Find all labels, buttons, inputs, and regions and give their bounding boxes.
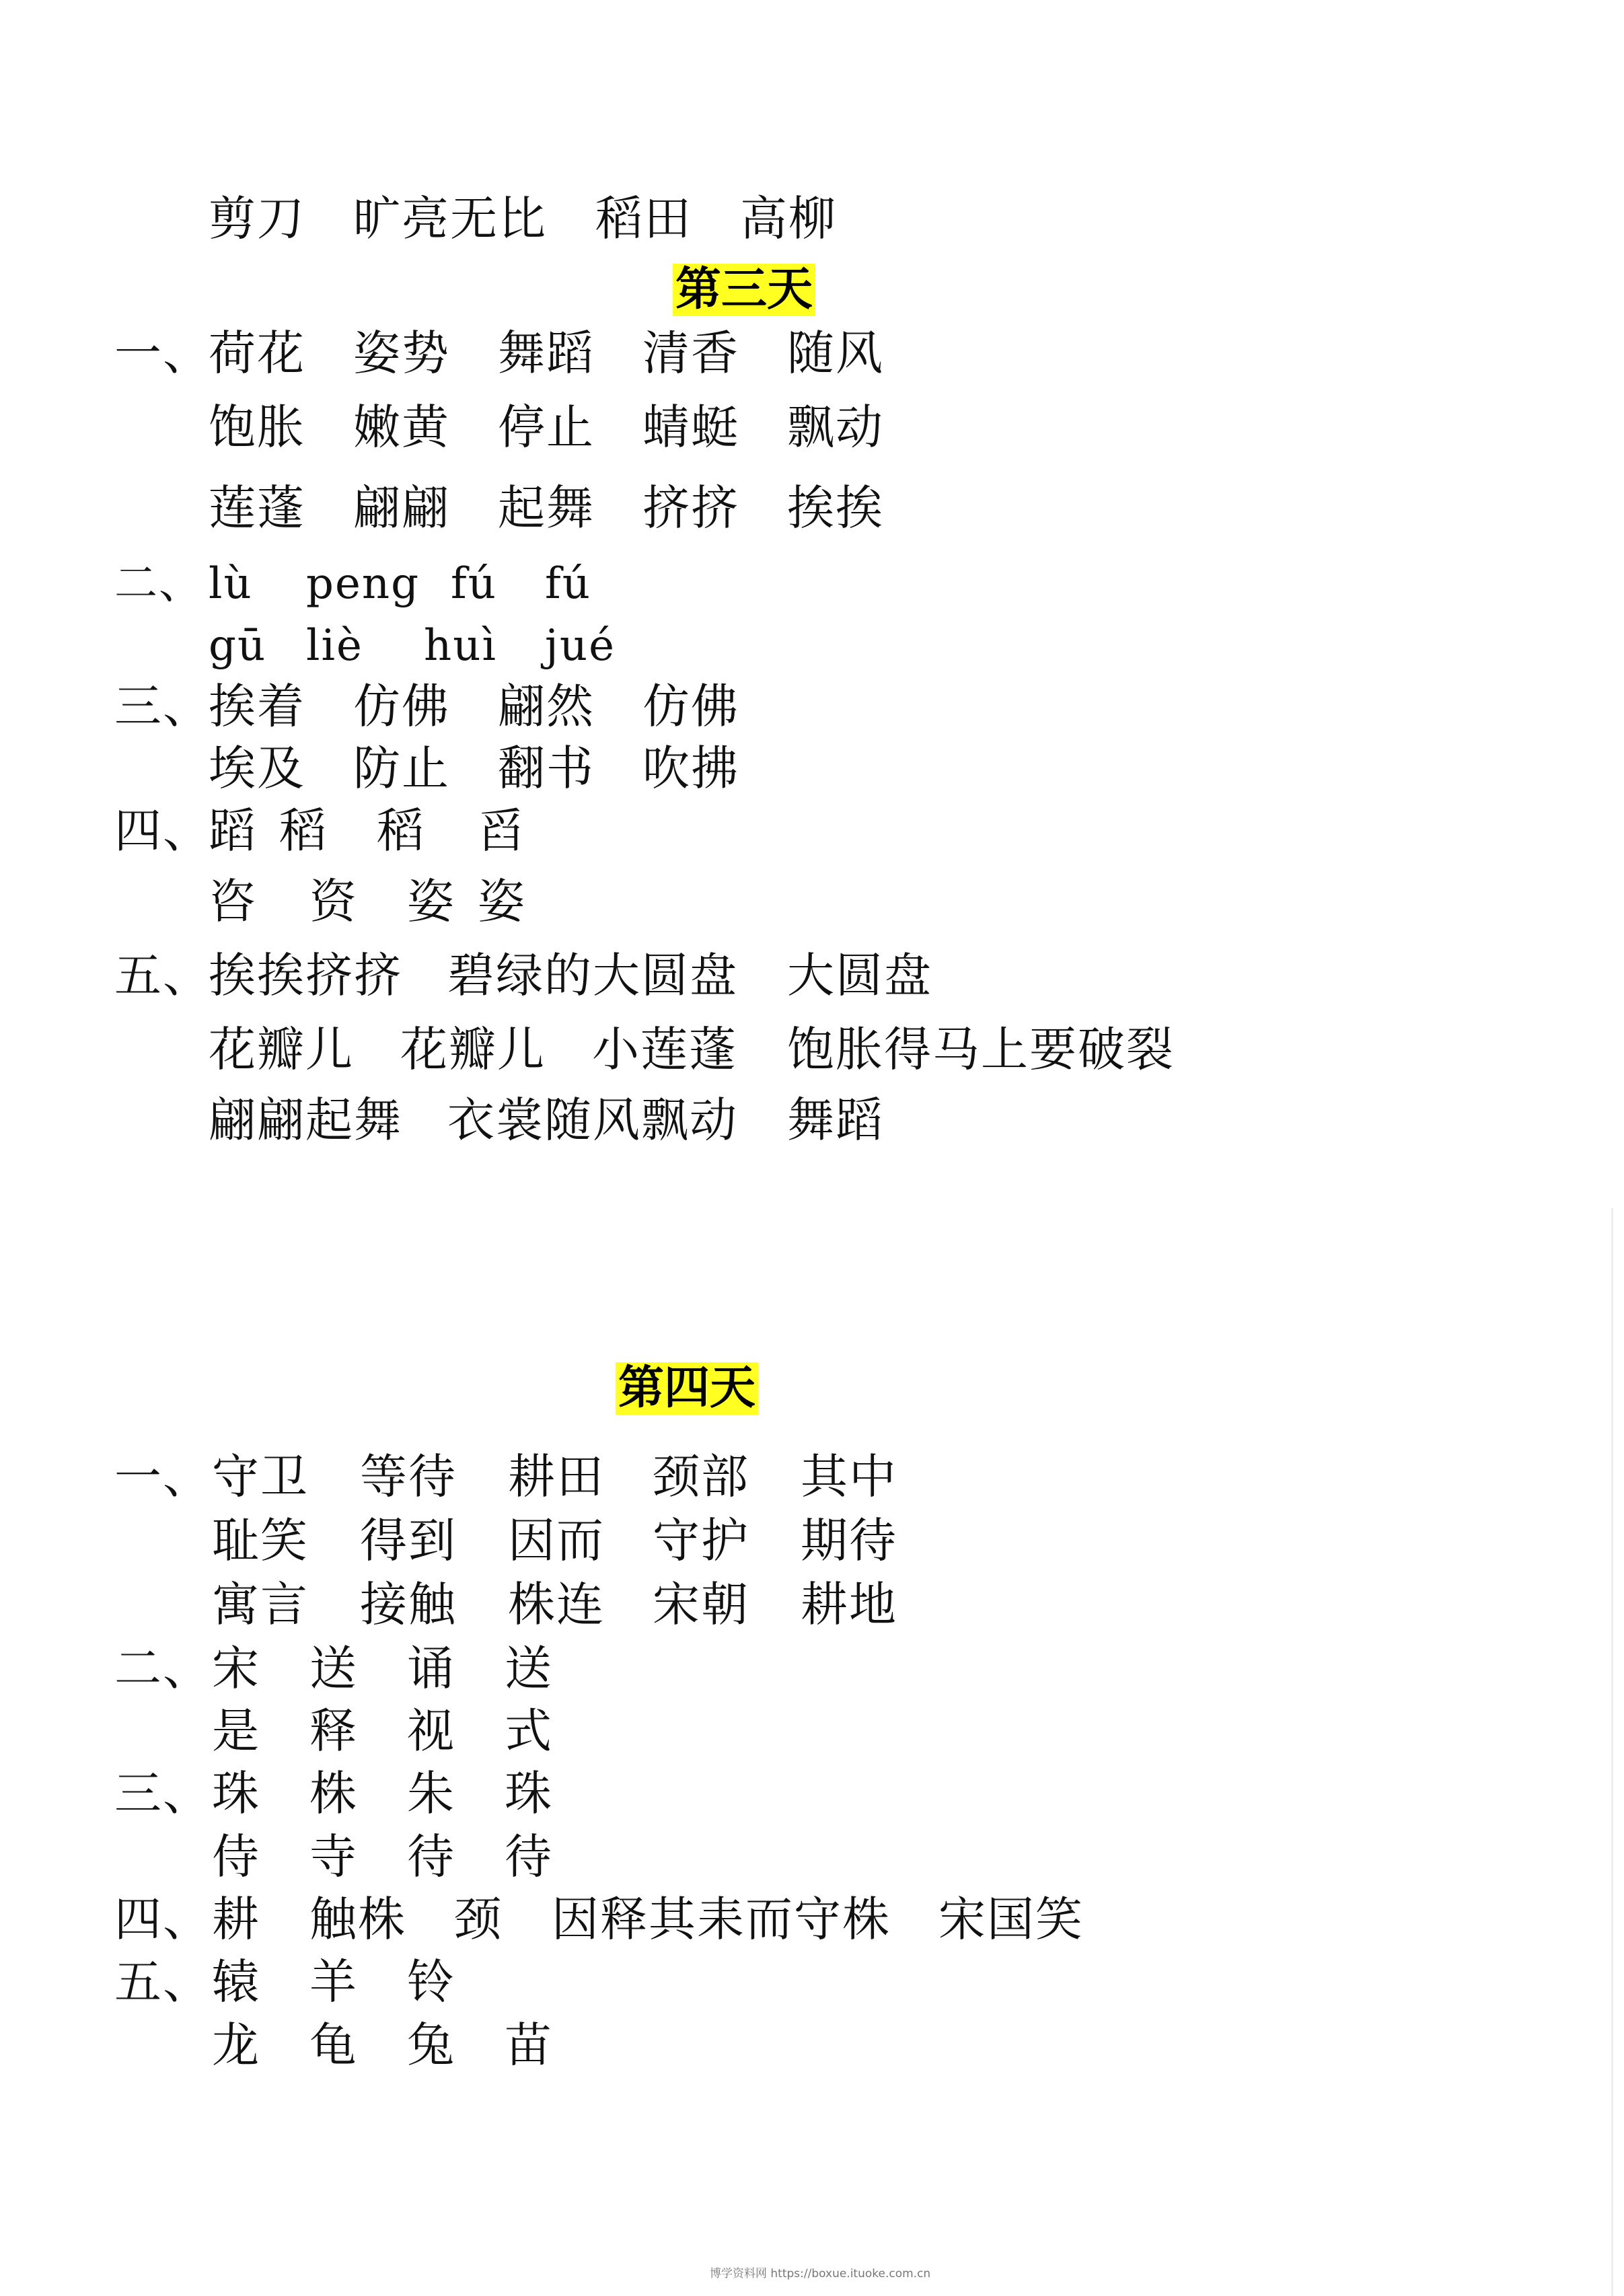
pinyin-word: huì bbox=[424, 619, 497, 673]
char: 株 bbox=[309, 1767, 358, 1820]
phrase: 碧绿的大圆盘 bbox=[447, 949, 738, 1002]
section-number: 五、 bbox=[114, 949, 211, 1002]
section-number: 五、 bbox=[114, 1955, 211, 2009]
word: 期待 bbox=[801, 1514, 897, 1567]
char: 姿 bbox=[478, 875, 526, 928]
word: 旷亮无比 bbox=[353, 192, 547, 246]
section-number: 四、 bbox=[114, 804, 211, 858]
answer: 触株 bbox=[309, 1892, 406, 1946]
word: 仿佛 bbox=[642, 679, 739, 733]
word: 仿佛 bbox=[353, 679, 450, 733]
document-page: 剪刀 旷亮无比 稻田 高柳 第三天 一、 荷花 姿势 舞蹈 清香 随风 饱胀 嫩… bbox=[0, 0, 1624, 2296]
word: 耻笑 bbox=[212, 1514, 309, 1567]
char: 朱 bbox=[407, 1767, 455, 1820]
phrase: 大圆盘 bbox=[787, 949, 932, 1002]
char: 铃 bbox=[407, 1955, 455, 2009]
char: 是 bbox=[212, 1704, 260, 1758]
word: 守卫 bbox=[212, 1450, 309, 1504]
word: 耕地 bbox=[801, 1578, 897, 1631]
char: 寺 bbox=[309, 1830, 358, 1884]
section-number: 二、 bbox=[114, 557, 203, 611]
word: 起舞 bbox=[498, 481, 595, 535]
word: 挤挤 bbox=[642, 481, 739, 535]
day3-title: 第三天 bbox=[673, 264, 815, 316]
phrase: 饱胀得马上要破裂 bbox=[787, 1023, 1175, 1076]
word: 其中 bbox=[801, 1450, 897, 1504]
char: 龙 bbox=[212, 2018, 260, 2072]
pinyin-word: jué bbox=[545, 619, 616, 673]
section-number: 三、 bbox=[114, 1767, 211, 1820]
char: 送 bbox=[505, 1641, 553, 1695]
word: 接触 bbox=[360, 1578, 457, 1631]
word: 颈部 bbox=[653, 1450, 749, 1504]
char: 兔 bbox=[407, 2018, 455, 2072]
pinyin-word: liè bbox=[306, 619, 363, 673]
word: 嫩黄 bbox=[353, 400, 450, 454]
word: 挨挨 bbox=[787, 481, 884, 535]
pinyin-word: gū bbox=[209, 619, 266, 673]
char: 苗 bbox=[505, 2018, 553, 2072]
word: 埃及 bbox=[209, 741, 305, 795]
phrase: 小莲蓬 bbox=[592, 1023, 737, 1076]
pinyin-word: peng bbox=[306, 557, 420, 611]
word: 寓言 bbox=[212, 1578, 309, 1631]
pinyin-word: fú bbox=[451, 557, 497, 611]
char: 辕 bbox=[212, 1955, 260, 2009]
char: 姿 bbox=[407, 875, 455, 928]
word: 高柳 bbox=[740, 192, 837, 246]
day4-title: 第四天 bbox=[616, 1362, 758, 1415]
word: 随风 bbox=[787, 326, 884, 380]
char: 诵 bbox=[407, 1641, 455, 1695]
phrase: 花瓣儿 bbox=[400, 1023, 546, 1076]
char: 送 bbox=[309, 1641, 358, 1695]
word: 翩然 bbox=[498, 679, 595, 733]
phrase: 挨挨挤挤 bbox=[209, 949, 402, 1002]
char: 视 bbox=[407, 1704, 455, 1758]
phrase: 花瓣儿 bbox=[209, 1023, 354, 1076]
char: 咨 bbox=[209, 875, 257, 928]
word: 蜻蜓 bbox=[642, 400, 739, 454]
word: 吹拂 bbox=[642, 741, 739, 795]
answer: 因释其耒而守株 bbox=[552, 1892, 891, 1946]
char: 珠 bbox=[505, 1767, 553, 1820]
char: 珠 bbox=[212, 1767, 260, 1820]
section-number: 一、 bbox=[114, 1450, 211, 1504]
answer: 宋国笑 bbox=[938, 1892, 1084, 1946]
section-number: 一、 bbox=[114, 326, 211, 380]
word: 清香 bbox=[642, 326, 739, 380]
word: 耕田 bbox=[508, 1450, 605, 1504]
char: 舀 bbox=[478, 804, 526, 858]
word: 剪刀 bbox=[209, 192, 305, 246]
word: 姿势 bbox=[353, 326, 450, 380]
char: 羊 bbox=[309, 1955, 358, 2009]
page-edge-divider bbox=[1611, 1208, 1613, 2296]
phrase: 衣裳随风飘动 bbox=[447, 1093, 738, 1147]
pinyin-word: lù bbox=[209, 557, 253, 611]
footer-watermark: 博学资料网 https://boxue.ituoke.com.cn bbox=[710, 2264, 930, 2281]
word: 荷花 bbox=[209, 326, 305, 380]
word: 舞蹈 bbox=[498, 326, 595, 380]
char: 宋 bbox=[212, 1641, 260, 1695]
char: 待 bbox=[407, 1830, 455, 1884]
section-number: 四、 bbox=[114, 1892, 211, 1946]
word: 翻书 bbox=[498, 741, 595, 795]
word: 莲蓬 bbox=[209, 481, 305, 535]
word: 等待 bbox=[360, 1450, 457, 1504]
char: 侍 bbox=[212, 1830, 260, 1884]
char: 资 bbox=[309, 875, 358, 928]
word: 饱胀 bbox=[209, 400, 305, 454]
char: 待 bbox=[505, 1830, 553, 1884]
char: 释 bbox=[309, 1704, 358, 1758]
word: 飘动 bbox=[787, 400, 884, 454]
section-number: 三、 bbox=[114, 679, 211, 733]
word: 翩翩 bbox=[353, 481, 450, 535]
answer: 颈 bbox=[454, 1892, 503, 1946]
word: 挨着 bbox=[209, 679, 305, 733]
word: 稻田 bbox=[595, 192, 692, 246]
char: 龟 bbox=[309, 2018, 358, 2072]
word: 得到 bbox=[360, 1514, 457, 1567]
char: 式 bbox=[505, 1704, 553, 1758]
word: 株连 bbox=[508, 1578, 605, 1631]
char: 稻 bbox=[377, 804, 425, 858]
phrase: 舞蹈 bbox=[787, 1093, 884, 1147]
word: 守护 bbox=[653, 1514, 749, 1567]
char: 稻 bbox=[279, 804, 328, 858]
word: 宋朝 bbox=[653, 1578, 749, 1631]
pinyin-word: fú bbox=[545, 557, 591, 611]
word: 防止 bbox=[353, 741, 450, 795]
word: 停止 bbox=[498, 400, 595, 454]
phrase: 翩翩起舞 bbox=[209, 1093, 402, 1147]
section-number: 二、 bbox=[114, 1641, 211, 1695]
char: 蹈 bbox=[209, 804, 257, 858]
word: 因而 bbox=[508, 1514, 605, 1567]
answer: 耕 bbox=[212, 1892, 260, 1946]
